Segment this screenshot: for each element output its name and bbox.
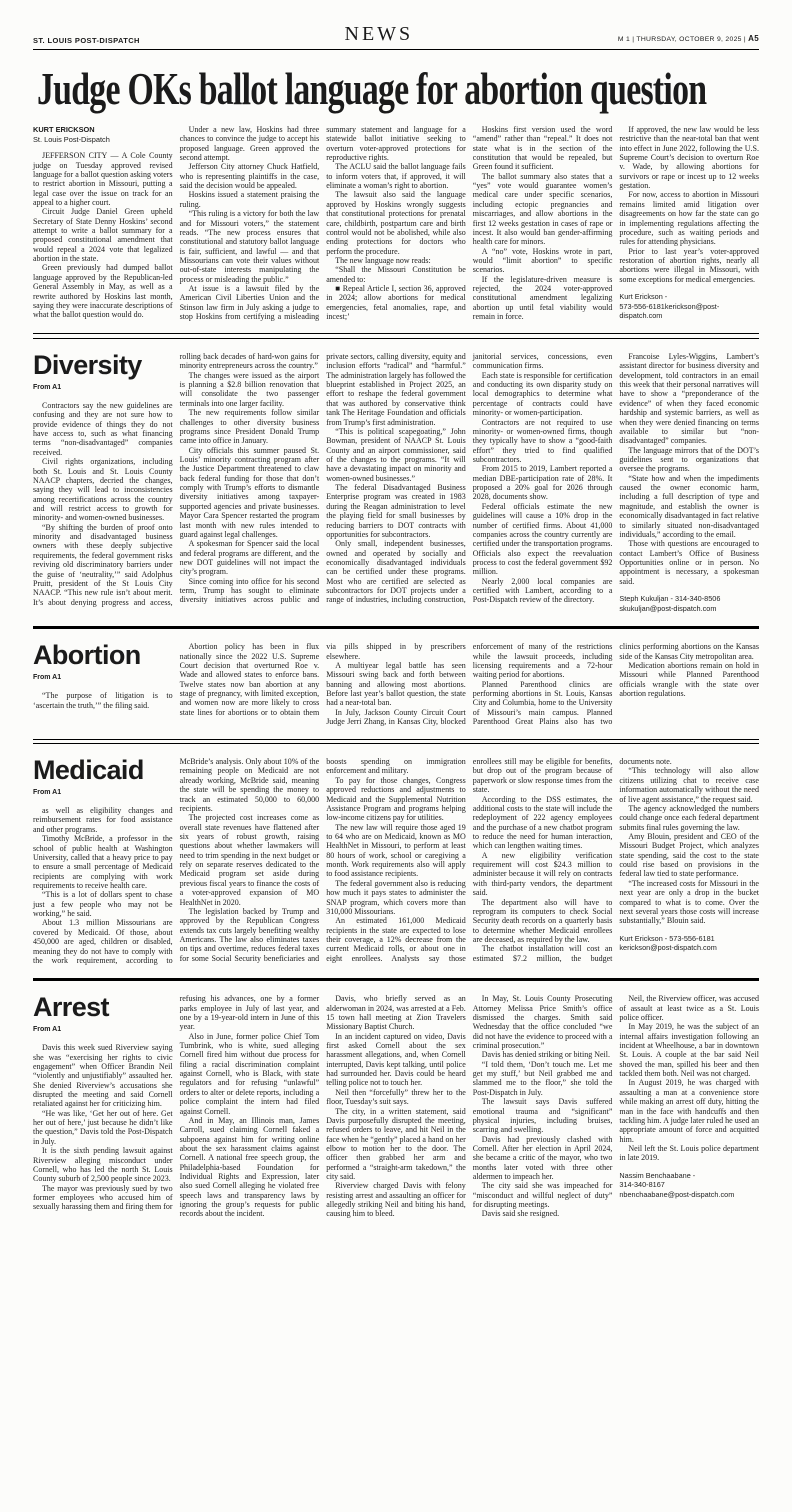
paragraph: The agency acknowledged the numbers coul… [619,804,759,832]
paragraph: If approved, the new law would be less r… [619,125,759,191]
section-title-abortion: Abortion [33,642,173,669]
masthead-page-number: A5 [748,34,759,43]
section-divider-thick [33,626,759,629]
paragraph: Davis has denied striking or biting Neil… [473,1050,613,1059]
paragraph: Davis had previously clashed with Cornel… [473,1135,613,1182]
paragraph: The new law will require those aged 19 t… [326,823,466,879]
paragraph: To pay for those changes, Congress appro… [326,776,466,823]
section-medicaid: Medicaid From A1 as well as eligibility … [33,757,759,965]
section-title-diversity: Diversity [33,352,173,379]
byline-author: KURT ERICKSON [33,125,173,135]
paragraph: Neil left the St. Louis police departmen… [619,1144,759,1163]
section-header: Diversity From A1 [33,352,173,391]
paragraph: The city, in a written statement, said D… [326,1107,466,1182]
diversity-body: Contractors say the new guidelines are c… [33,352,759,613]
paragraph: In an incident captured on video, Davis … [326,1032,466,1088]
paragraph: Davis this week sued Riverview saying sh… [33,1043,173,1109]
masthead: ST. LOUIS POST-DISPATCH NEWS M 1 | THURS… [33,0,759,44]
paragraph: Prior to last year’s voter-approved rest… [619,247,759,284]
lead-headline: Judge OKs ballot language for abortion q… [37,66,568,113]
paragraph: The ballot summary also states that a “y… [473,172,613,247]
masthead-rule [33,49,759,50]
medicaid-contact: Kurt Erickson - 573-556-6181kerickson@po… [619,934,759,953]
contact-line: Steph Kukuljan - 314-340-8506 [619,594,759,604]
paragraph: Jefferson City attorney Chuck Hatfield, … [180,162,320,190]
paragraph: “He was like, ‘Get her out of here. Get … [33,1109,173,1146]
paragraph: City officials this summer paused St. Lo… [180,446,320,540]
paragraph: Also in June, former police Chief Tom Tu… [180,1032,320,1116]
paragraph: Davis, who briefly served as an alderwom… [326,994,466,1031]
paragraph: Timothy McBride, a professor in the scho… [33,834,173,890]
paragraph: “This technology will also allow citizen… [619,766,759,803]
section-arrest: Arrest From A1 Davis this week sued Rive… [33,994,759,1219]
contact-line: Nassim Benchaabane - [619,1171,759,1181]
contact-line: kerickson@post-dispatch.com [619,943,759,953]
paragraph: Francoise Lyles-Wiggins, Lambert’s assis… [619,352,759,446]
paragraph: Neil then “forcefully” threw her to the … [326,1088,466,1107]
masthead-edition-text: M 1 | THURSDAY, OCTOBER 9, 2025 | [618,36,748,43]
paragraph: Riverview charged Davis with felony resi… [326,1181,466,1218]
paragraph: Nearly 2,000 local companies are certifi… [473,577,613,605]
paragraph: “This ruling is a victory for both the l… [180,209,320,284]
paragraph: The lawsuit also said the language appro… [326,190,466,256]
lead-contact: Kurt Erickson -573-556-6181kerickson@pos… [619,292,759,321]
diversity-contact: Steph Kukuljan - 314-340-8506skukuljan@p… [619,594,759,613]
paragraph: Medication abortions remain on hold in M… [619,661,759,698]
paragraph: Hoskins issued a statement praising the … [180,190,320,209]
paragraph: Under a new law, Hoskins had three chanc… [180,125,320,162]
section-title-arrest: Arrest [33,994,173,1021]
continued-from-label: From A1 [33,789,173,796]
paragraph: “I told them, ‘Don’t touch me. Let me ge… [473,1060,613,1097]
paragraph: In May 2019, he was the subject of an in… [619,1022,759,1078]
paragraph: Federal officials estimate the new guide… [473,502,613,577]
paragraph: The ACLU said the ballot language fails … [326,162,466,190]
paragraph: The department also will have to reprogr… [473,898,613,945]
byline-organization: St. Louis Post-Dispatch [33,135,173,145]
paragraph: A “no” vote, Hoskins wrote in part, woul… [473,247,613,275]
paragraph: If the legislature-driven measure is rej… [473,275,613,322]
paragraph: Those with questions are encouraged to c… [619,539,759,586]
paragraph: Neil, the Riverview officer, was accused… [619,994,759,1022]
paragraph: ■ Repeal Article I, section 36, approved… [326,284,466,321]
paragraph: as well as eligibility changes and reimb… [33,806,173,834]
paragraph: A new eligibility verification requireme… [473,851,613,898]
paragraph: According to the DSS estimates, the addi… [473,795,613,851]
paragraph: From 2015 to 2019, Lambert reported a me… [473,464,613,501]
paragraph: A spokesman for Spencer said the local a… [180,539,320,576]
paragraph: “This is political scapegoating,” John B… [326,427,466,483]
paragraph: “This is a lot of dollars spent to chase… [33,890,173,918]
paragraph: “The increased costs for Missouri in the… [619,879,759,926]
paragraph: The new requirements follow similar chal… [180,408,320,445]
paragraph: In August 2019, he was charged with assa… [619,1078,759,1144]
continued-from-label: From A1 [33,384,173,391]
paragraph: For now, access to abortion in Missouri … [619,190,759,246]
contact-line: Kurt Erickson - [619,292,759,302]
paragraph: The changes were issued as the airport i… [180,371,320,408]
contact-line: nbenchaabane@post-dispatch.com [619,1190,759,1200]
paragraph: A multiyear legal battle has seen Missou… [326,661,466,708]
contact-line: Kurt Erickson - 573-556-6181 [619,934,759,944]
paragraph: Contractors say the new guidelines are c… [33,401,173,457]
section-header: Arrest From A1 [33,994,173,1033]
paragraph: Hoskins first version used the word “ame… [473,125,613,172]
lead-article: KURT ERICKSON St. Louis Post-Dispatch JE… [33,125,759,322]
section-divider-thick [33,978,759,981]
masthead-publication: ST. LOUIS POST-DISPATCH [33,37,140,45]
paragraph: Davis said she resigned. [473,1209,613,1218]
paragraph: Circuit Judge Daniel Green upheld Secret… [33,207,173,263]
arrest-contact: Nassim Benchaabane -314-340-8167nbenchaa… [619,1171,759,1200]
paragraph: “Shall the Missouri Constitution be amen… [326,265,466,284]
contact-line: skukuljan@post-dispatch.com [619,604,759,614]
section-divider-double [33,739,759,745]
paragraph: Green previously had dumped ballot langu… [33,263,173,319]
continued-from-label: From A1 [33,1026,173,1033]
paragraph: The language mirrors that of the DOT’s g… [619,446,759,474]
paragraph: JEFFERSON CITY — A Cole County judge on … [33,151,173,207]
paragraph: And in May, an Illinois man, James Carro… [180,1116,320,1219]
continued-from-label: From A1 [33,674,173,681]
paragraph: The projected cost increases come as ove… [180,813,320,907]
paragraph: “The purpose of litigation is to ‘ascert… [33,691,173,710]
section-header: Medicaid From A1 [33,757,173,796]
paragraph: In May, St. Louis County Prosecuting Att… [473,994,613,1050]
section-title-medicaid: Medicaid [33,757,173,784]
newspaper-page: ST. LOUIS POST-DISPATCH NEWS M 1 | THURS… [0,0,792,1512]
masthead-section-title: NEWS [345,24,414,44]
contact-line: 573-556-6181kerickson@post- [619,302,759,312]
paragraph: The federal Disadvantaged Business Enter… [326,483,466,539]
section-diversity: Diversity From A1 Contractors say the ne… [33,352,759,613]
paragraph: The lawsuit says Davis suffered emotiona… [473,1097,613,1134]
section-divider-double [33,333,759,339]
byline: KURT ERICKSON St. Louis Post-Dispatch [33,125,173,144]
section-header: Abortion From A1 [33,642,173,681]
paragraph: The new language now reads: [326,256,466,265]
paragraph: Amy Blouin, president and CEO of the Mis… [619,832,759,879]
paragraph: The federal government also is reducing … [326,879,466,916]
paragraph: It is the sixth pending lawsuit against … [33,1146,173,1183]
paragraph: Each state is responsible for certificat… [473,371,613,418]
contact-line: 314-340-8167 [619,1180,759,1190]
masthead-edition-date: M 1 | THURSDAY, OCTOBER 9, 2025 | A5 [618,35,759,44]
section-abortion: Abortion From A1 “The purpose of litigat… [33,642,759,726]
paragraph: “State how and when the impediments caus… [619,474,759,540]
paragraph: The city said she was impeached for “mis… [473,1181,613,1209]
contact-line: dispatch.com [619,311,759,321]
paragraph: Civil rights organizations, including bo… [33,457,173,523]
paragraph: Contractors are not required to use mino… [473,418,613,465]
